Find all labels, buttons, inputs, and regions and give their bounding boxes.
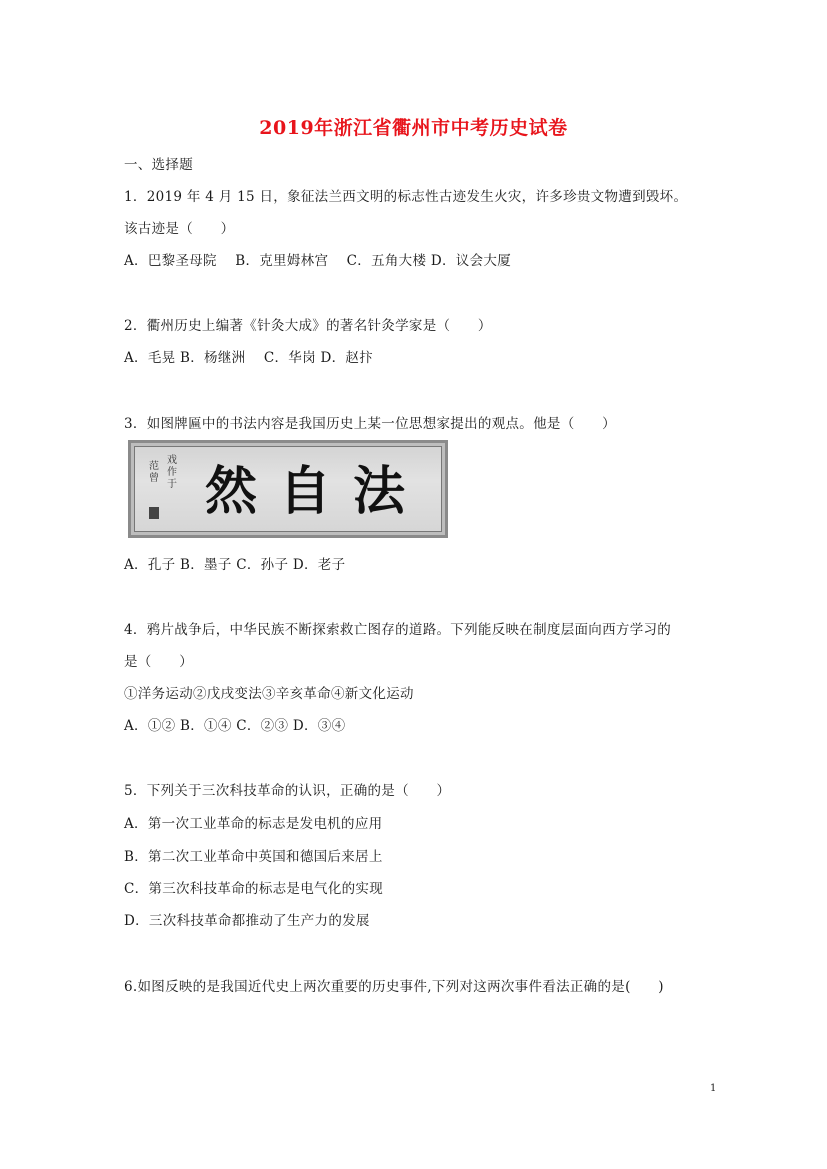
plaque-signature: 范曾 — [149, 461, 161, 485]
question-5-option-a: A．第一次工业革命的标志是发电机的应用 — [124, 812, 382, 832]
question-1-stem-cont: 该古迹是（ ） — [124, 217, 234, 237]
question-5-option-d: D．三次科技革命都推动了生产力的发展 — [124, 909, 370, 929]
question-4-stem: 4．鸦片战争后，中华民族不断探索救亡图存的道路。下列能反映在制度层面向西方学习的 — [124, 618, 671, 638]
page-title: 2019年浙江省衢州市中考历史试卷 — [0, 113, 827, 140]
question-5-option-b: B．第二次工业革命中英国和德国后来居上 — [124, 845, 383, 865]
question-4-items: ①洋务运动②戊戌变法③辛亥革命④新文化运动 — [124, 682, 414, 702]
plaque-inscription: 戏作于 — [167, 455, 179, 491]
seal-stamp — [149, 507, 159, 519]
question-3-stem: 3．如图牌匾中的书法内容是我国历史上某一位思想家提出的观点。他是（ ） — [124, 412, 616, 432]
calligraphy-plaque-image: 范曾 戏作于 然自法道 — [128, 440, 448, 538]
plaque-calligraphy: 然自法道 — [205, 457, 441, 532]
question-2-options: A．毛晃 B．杨继洲 C．华岗 D．赵抃 — [124, 346, 373, 366]
section-heading: 一、选择题 — [124, 153, 193, 173]
question-5-option-c: C．第三次科技革命的标志是电气化的实现 — [124, 877, 383, 897]
question-2-stem: 2．衢州历史上编著《针灸大成》的著名针灸学家是（ ） — [124, 314, 492, 334]
question-1-stem: 1．2019 年 4 月 15 日，象征法兰西文明的标志性古迹发生火灾，许多珍贵… — [124, 185, 687, 205]
question-4-options: A．①② B．①④ C．②③ D．③④ — [124, 714, 345, 734]
question-6-stem: 6.如图反映的是我国近代史上两次重要的历史事件,下列对这两次事件看法正确的是( … — [124, 975, 664, 995]
page-number: 1 — [710, 1083, 716, 1094]
question-5-stem: 5．下列关于三次科技革命的认识，正确的是（ ） — [124, 779, 450, 799]
question-4-stem-cont: 是（ ） — [124, 650, 193, 670]
question-3-options: A．孔子 B．墨子 C．孙子 D．老子 — [124, 553, 345, 573]
question-1-options: A．巴黎圣母院 B．克里姆林宫 C．五角大楼 D．议会大厦 — [124, 249, 511, 269]
